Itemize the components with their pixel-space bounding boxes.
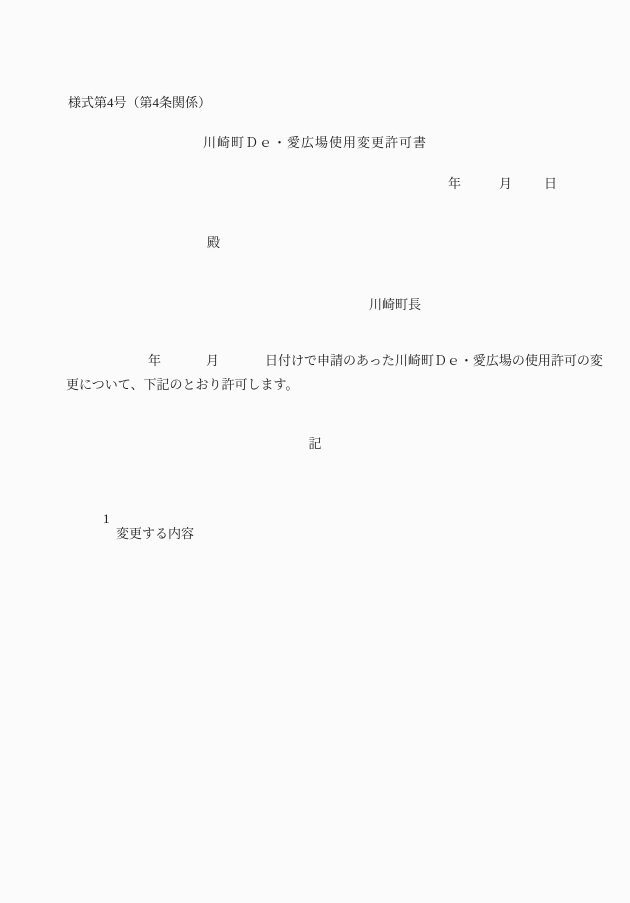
- form-number: 様式第4号（第4条関係）: [68, 95, 211, 111]
- addressee-honorific: 殿: [207, 235, 220, 251]
- application-date-year-label: 年: [148, 353, 161, 369]
- issue-date-month-label: 月: [499, 176, 512, 192]
- record-marker: 記: [0, 436, 630, 452]
- issue-date-day-label: 日: [544, 176, 557, 192]
- list-item: 1 変更する内容: [90, 495, 194, 557]
- body-text-line1: 日付けで申請のあった川崎町Ｄｅ・愛広場の使用許可の変: [265, 353, 603, 369]
- document-title: 川崎町Ｄｅ・愛広場使用変更許可書: [0, 135, 630, 151]
- issuer-title: 川崎町長: [369, 297, 421, 313]
- issue-date-year-label: 年: [448, 176, 461, 192]
- document-page: 様式第4号（第4条関係） 川崎町Ｄｅ・愛広場使用変更許可書 年 月 日 殿 川崎…: [0, 0, 630, 903]
- body-text-line2: 更について、下記のとおり許可します。: [66, 377, 298, 393]
- list-item-label: 変更する内容: [116, 526, 194, 542]
- application-date-month-label: 月: [206, 353, 219, 369]
- list-item-number: 1: [103, 511, 110, 527]
